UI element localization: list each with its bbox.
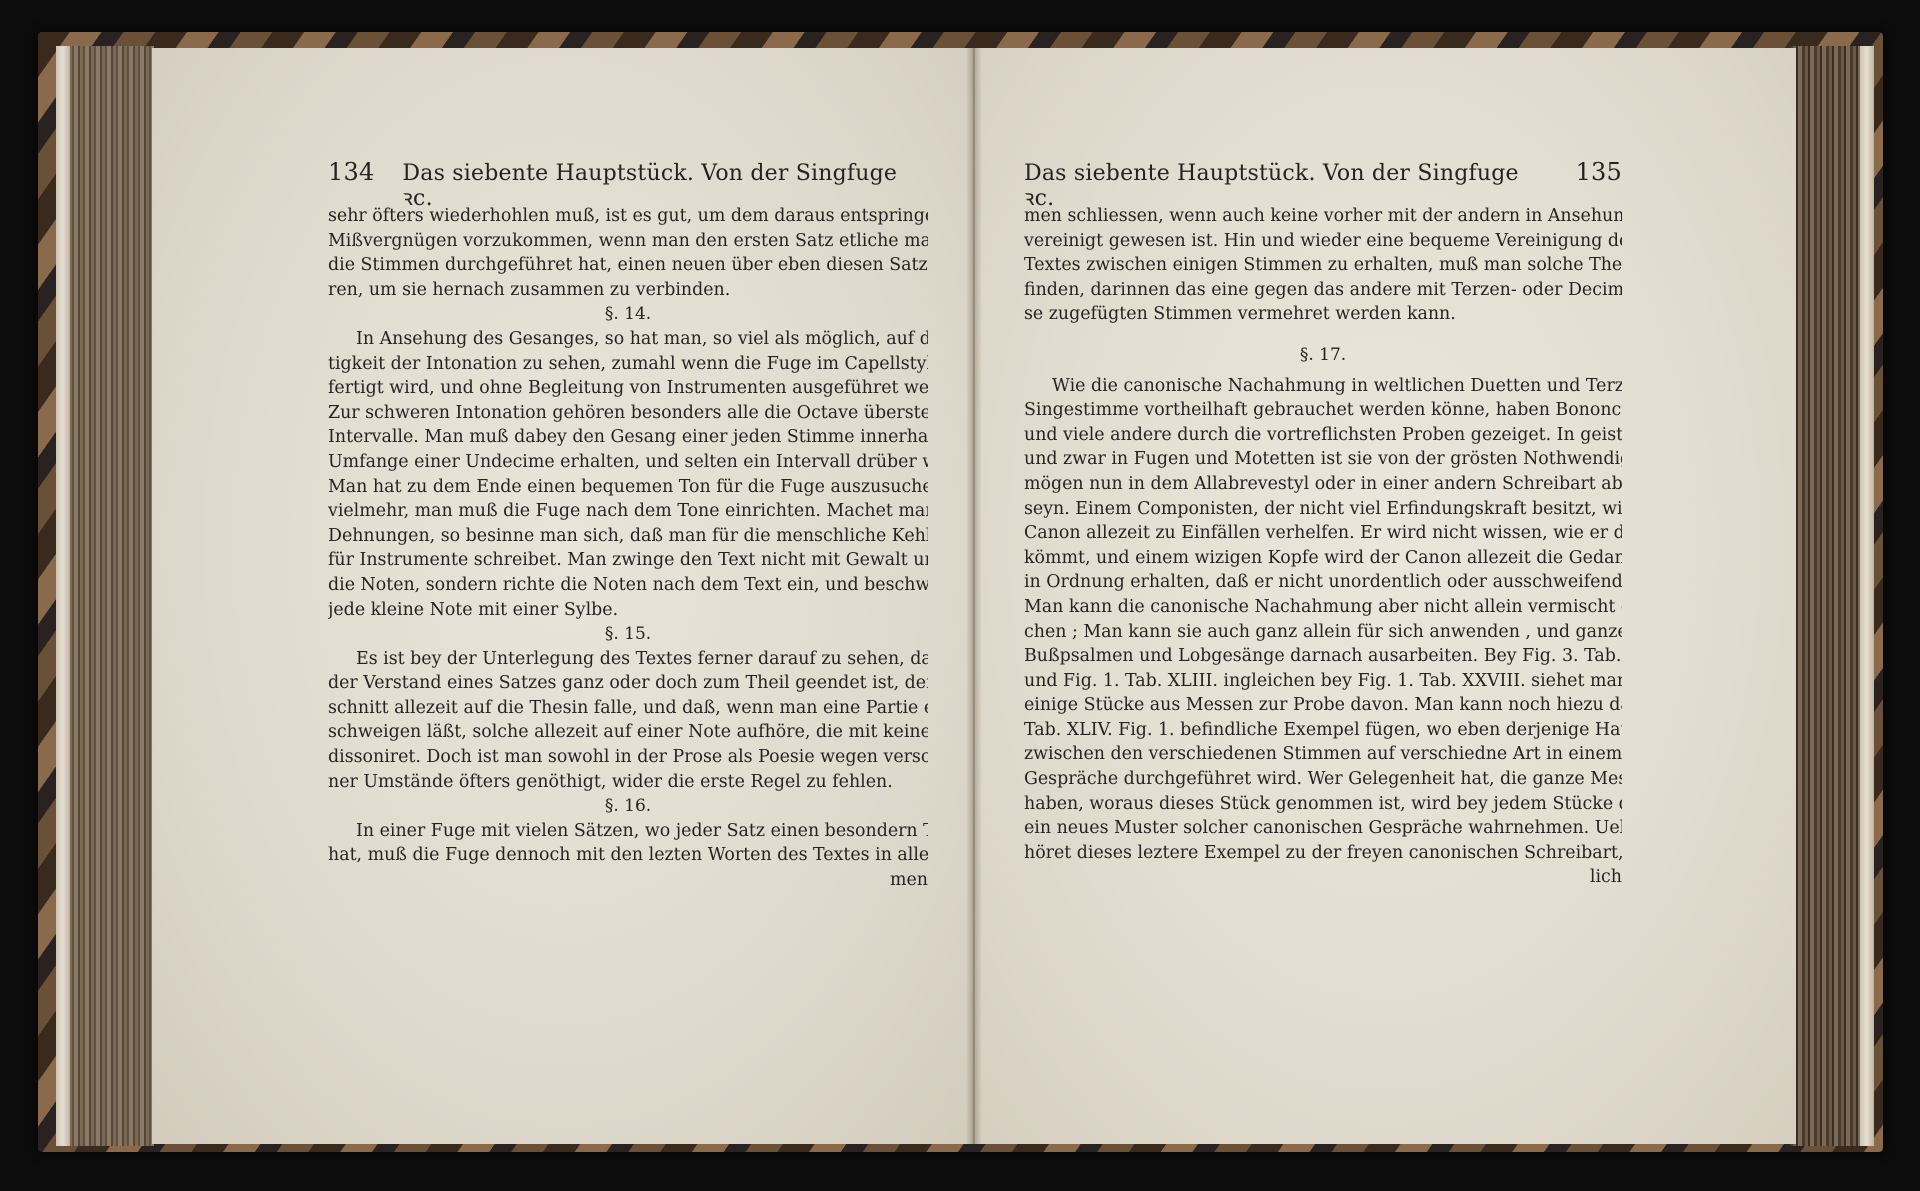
page-number: 135	[1576, 160, 1622, 185]
text-line: Gespräche durchgeführet wird. Wer Gelege…	[1024, 767, 1622, 792]
text-line: für Instrumente schreibet. Man zwinge de…	[328, 548, 928, 573]
text-line: hat, muß die Fuge dennoch mit den lezten…	[328, 843, 928, 868]
text-line: der Verstand eines Satzes ganz oder doch…	[328, 671, 928, 696]
running-head: Das siebente Hauptstück. Von der Singfug…	[1024, 160, 1622, 204]
text-line: Mißvergnügen vorzukommen, wenn man den e…	[328, 229, 928, 254]
text-line: se zugefügten Stimmen vermehret werden k…	[1024, 302, 1622, 327]
running-head: 134 Das siebente Hauptstück. Von der Sin…	[328, 160, 928, 204]
section-heading: §. 17.	[1024, 343, 1622, 368]
text-line: haben, woraus dieses Stück genommen ist,…	[1024, 792, 1622, 817]
text-line: Es ist bey der Unterlegung des Textes fe…	[328, 647, 928, 672]
text-line: tigkeit der Intonation zu sehen, zumahl …	[328, 352, 928, 377]
right-endleaf	[1860, 46, 1874, 1146]
text-line: fertigt wird, und ohne Begleitung von In…	[328, 376, 928, 401]
text-line: höret dieses leztere Exempel zu der frey…	[1024, 841, 1622, 866]
text-line: men schliessen, wenn auch keine vorher m…	[1024, 204, 1622, 229]
book-gutter	[966, 48, 982, 1144]
text-line: Zur schweren Intonation gehören besonder…	[328, 401, 928, 426]
text-line: und viele andere durch die vortreflichst…	[1024, 423, 1622, 448]
text-line: dissoniret. Doch ist man sowohl in der P…	[328, 745, 928, 770]
text-line: Textes zwischen einigen Stimmen zu erhal…	[1024, 253, 1622, 278]
spacer	[1024, 327, 1622, 343]
text-line: ren, um sie hernach zusammen zu verbinde…	[328, 278, 928, 303]
text-line: seyn. Einem Componisten, der nicht viel …	[1024, 497, 1622, 522]
text-line: in Ordnung erhalten, daß er nicht unorde…	[1024, 570, 1622, 595]
section-heading: §. 16.	[328, 794, 928, 819]
text-line: Dehnungen, so besinne man sich, daß man …	[328, 524, 928, 549]
left-page-block-edge	[58, 46, 154, 1146]
text-line: jede kleine Note mit einer Sylbe.	[328, 598, 928, 623]
text-line: Man hat zu dem Ende einen bequemen Ton f…	[328, 475, 928, 500]
text-line: Man kann die canonische Nachahmung aber …	[1024, 595, 1622, 620]
text-line: einige Stücke aus Messen zur Probe davon…	[1024, 693, 1622, 718]
text-line: vereinigt gewesen ist. Hin und wieder ei…	[1024, 229, 1622, 254]
text-line: Intervalle. Man muß dabey den Gesang ein…	[328, 425, 928, 450]
text-line: In einer Fuge mit vielen Sätzen, wo jede…	[328, 819, 928, 844]
text-line: und Fig. 1. Tab. XLIII. ingleichen bey F…	[1024, 669, 1622, 694]
text-line: Umfange einer Undecime erhalten, und sel…	[328, 450, 928, 475]
text-line: Bußpsalmen und Lobgesänge darnach ausarb…	[1024, 644, 1622, 669]
section-heading: §. 14.	[328, 302, 928, 327]
text-line: schweigen läßt, solche allezeit auf eine…	[328, 720, 928, 745]
text-line: Canon allezeit zu Einfällen verhelfen. E…	[1024, 521, 1622, 546]
text-line: vielmehr, man muß die Fuge nach dem Tone…	[328, 499, 928, 524]
text-line: und zwar in Fugen und Motetten ist sie v…	[1024, 447, 1622, 472]
text-line: In Ansehung des Gesanges, so hat man, so…	[328, 327, 928, 352]
catchword: lich	[1024, 865, 1622, 890]
text-line: Tab. XLIV. Fig. 1. befindliche Exempel f…	[1024, 718, 1622, 743]
section-heading: §. 15.	[328, 622, 928, 647]
text-line: kömmt, und einem wizigen Kopfe wird der …	[1024, 546, 1622, 571]
left-endleaf	[56, 46, 70, 1146]
text-line: ein neues Muster solcher canonischen Ges…	[1024, 816, 1622, 841]
catchword: men	[328, 868, 928, 893]
text-line: schnitt allezeit auf die Thesin falle, u…	[328, 696, 928, 721]
text-line: mögen nun in dem Allabrevestyl oder in e…	[1024, 472, 1622, 497]
text-line: zwischen den verschiedenen Stimmen auf v…	[1024, 742, 1622, 767]
text-line: ner Umstände öfters genöthigt, wider die…	[328, 770, 928, 795]
text-line: Singestimme vortheilhaft gebrauchet werd…	[1024, 398, 1622, 423]
page-number: 134	[328, 160, 374, 185]
text-line: sehr öfters wiederhohlen muß, ist es gut…	[328, 204, 928, 229]
text-line: chen ; Man kann sie auch ganz allein für…	[1024, 620, 1622, 645]
right-page-text: Das siebente Hauptstück. Von der Singfug…	[1024, 160, 1622, 890]
text-line: finden, darinnen das eine gegen das ande…	[1024, 278, 1622, 303]
text-line: die Stimmen durchgeführet hat, einen neu…	[328, 253, 928, 278]
text-line: Wie die canonische Nachahmung in weltlic…	[1024, 374, 1622, 399]
text-line: die Noten, sondern richte die Noten nach…	[328, 573, 928, 598]
left-page-text: 134 Das siebente Hauptstück. Von der Sin…	[328, 160, 928, 893]
